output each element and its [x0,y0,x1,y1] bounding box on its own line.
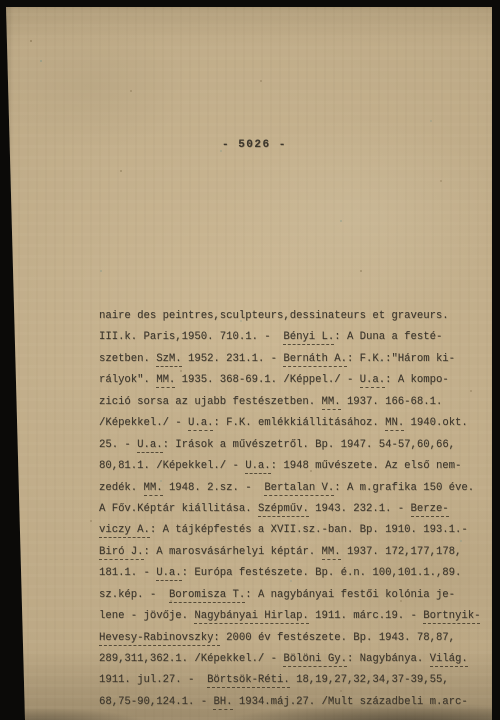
underlined-text: MM. [144,482,163,496]
text-segment: : A Duna a festé- [334,331,442,343]
underlined-text: U.a. [188,417,213,431]
underlined-text: Hevesy-Rabinovszky: [99,632,220,646]
text-segment: 1937. 166-68.1. [341,396,443,408]
underlined-text: MN. [385,417,404,431]
text-segment: 181.1. - [99,567,156,579]
text-segment: : A marosvásárhelyi képtár. [144,546,322,558]
underlined-text: U.a. [360,374,385,388]
typewritten-line: III.k. Paris,1950. 710.1. - Bényi L.: A … [99,327,491,348]
underlined-text: Bényi L. [283,331,334,345]
scanned-page: - 5026 - naire des peintres,sculpteurs,d… [0,0,500,720]
typewritten-line: 25. - U.a.: Irások a művészetről. Bp. 19… [99,435,491,456]
underlined-text: Boromisza T. [169,589,245,603]
typewritten-line: Hevesy-Rabinovszky: 2000 év festészete. … [99,628,491,649]
underlined-text: Bortnyik- [423,610,480,624]
typewritten-line: zedék. MM. 1948. 2.sz. - Bertalan V.: A … [99,478,491,499]
text-segment: sz.kép. - [99,589,169,601]
text-segment: 1943. 232.1. - [309,503,411,515]
text-segment: rályok". [99,374,156,386]
text-segment: : Irások a művészetről. Bp. 1947. 54-57,… [163,439,455,451]
text-segment: 1937. 172,177,178, [341,546,462,558]
underlined-text: Bernáth A. [283,353,347,367]
text-segment: 2000 év festészete. Bp. 1943. 78,87, [220,632,455,644]
underlined-text: MM. [322,546,341,560]
text-segment: A Főv.Képtár kiállitása. [99,503,258,515]
underlined-text: Börtsök-Réti. [207,674,290,688]
typewritten-line: 1911. jul.27. - Börtsök-Réti. 18,19,27,3… [99,670,491,691]
bibliography-text: naire des peintres,sculpteurs,dessinateu… [99,306,491,713]
typewritten-line: naire des peintres,sculpteurs,dessinateu… [99,306,491,327]
typewritten-line: /Képekkel./ - U.a.: F.K. emlékkiállitásá… [99,413,491,434]
scan-speckle [40,60,42,62]
underlined-text: BH. [213,696,232,710]
underlined-text: Bölöni Gy. [283,653,347,667]
text-segment: : A tájképfestés a XVII.sz.-ban. Bp. 191… [150,524,468,536]
typewritten-line: A Főv.Képtár kiállitása. Szépműv. 1943. … [99,499,491,520]
scanned-document: { "colors": { "paper": "#c6b18c", "ink":… [0,0,500,720]
typewritten-line: 68,75-90,124.1. - BH. 1934.máj.27. /Mult… [99,692,491,713]
text-segment: : 1948 művészete. Az első nem- [271,460,462,472]
text-segment: : A kompo- [385,374,449,386]
text-segment: 289,311,362.1. /Képekkel./ - [99,653,283,665]
underlined-text: U.a. [156,567,181,581]
underlined-text: U.a. [245,460,270,474]
text-segment: 80,81.1. /Képekkel./ - [99,460,245,472]
text-segment: : Nagybánya. [347,653,430,665]
text-segment: zedék. [99,482,144,494]
typewritten-line: Biró J.: A marosvásárhelyi képtár. MM. 1… [99,542,491,563]
text-segment: szetben. [99,353,156,365]
typewritten-line: zició sorsa az ujabb festészetben. MM. 1… [99,392,491,413]
underlined-text: Nagybányai Hirlap. [194,610,308,624]
underlined-text: Világ. [430,653,468,667]
underlined-text: Szépműv. [258,503,309,517]
underlined-text: SzM. [156,353,181,367]
text-segment: 1935. 368-69.1. /Képpel./ - [175,374,359,386]
text-segment: : Európa festészete. Bp. é.n. 100,101.1.… [182,567,462,579]
text-segment: lene - jövője. [99,610,194,622]
underlined-text: Bertalan V. [264,482,334,496]
text-segment: 1952. 231.1. - [182,353,284,365]
underlined-text: Berze- [411,503,449,517]
underlined-text: MM. [322,396,341,410]
typewritten-line: lene - jövője. Nagybányai Hirlap. 1911. … [99,606,491,627]
text-segment: : A m.grafika 150 éve. [334,482,474,494]
text-segment: 1940.okt. [404,417,468,429]
text-segment: : F.K. emlékkiállitásához. [213,417,385,429]
typewritten-line: 181.1. - U.a.: Európa festészete. Bp. é.… [99,563,491,584]
text-segment: 68,75-90,124.1. - [99,696,213,708]
text-segment: 1911. márc.19. - [309,610,423,622]
text-segment: naire des peintres,sculpteurs,dessinateu… [99,310,449,322]
text-segment: 1948. 2.sz. - [163,482,265,494]
text-segment: /Képekkel./ - [99,417,188,429]
text-segment: : A nagybányai festői kolónia je- [245,589,455,601]
page-number: - 5026 - [222,139,287,151]
typewritten-line: szetben. SzM. 1952. 231.1. - Bernáth A.:… [99,349,491,370]
text-segment: 1934.máj.27. /Mult századbeli m.arc- [233,696,468,708]
underlined-text: MM. [156,374,175,388]
typewritten-line: 80,81.1. /Képekkel./ - U.a.: 1948 művész… [99,456,491,477]
typewritten-line: 289,311,362.1. /Képekkel./ - Bölöni Gy.:… [99,649,491,670]
text-segment: 25. - [99,439,137,451]
scan-speckle [30,40,32,42]
text-segment: zició sorsa az ujabb festészetben. [99,396,322,408]
text-segment: : F.K.:"Három ki- [347,353,455,365]
underlined-text: U.a. [137,439,162,453]
text-segment: 1911. jul.27. - [99,674,207,686]
typewritten-line: sz.kép. - Boromisza T.: A nagybányai fes… [99,585,491,606]
typewritten-line: viczy A.: A tájképfestés a XVII.sz.-ban.… [99,520,491,541]
typewritten-line: rályok". MM. 1935. 368-69.1. /Képpel./ -… [99,370,491,391]
underlined-text: viczy A. [99,524,150,538]
text-segment: III.k. Paris,1950. 710.1. - [99,331,283,343]
underlined-text: Biró J. [99,546,144,560]
text-segment: 18,19,27,32,34,37-39,55, [290,674,449,686]
